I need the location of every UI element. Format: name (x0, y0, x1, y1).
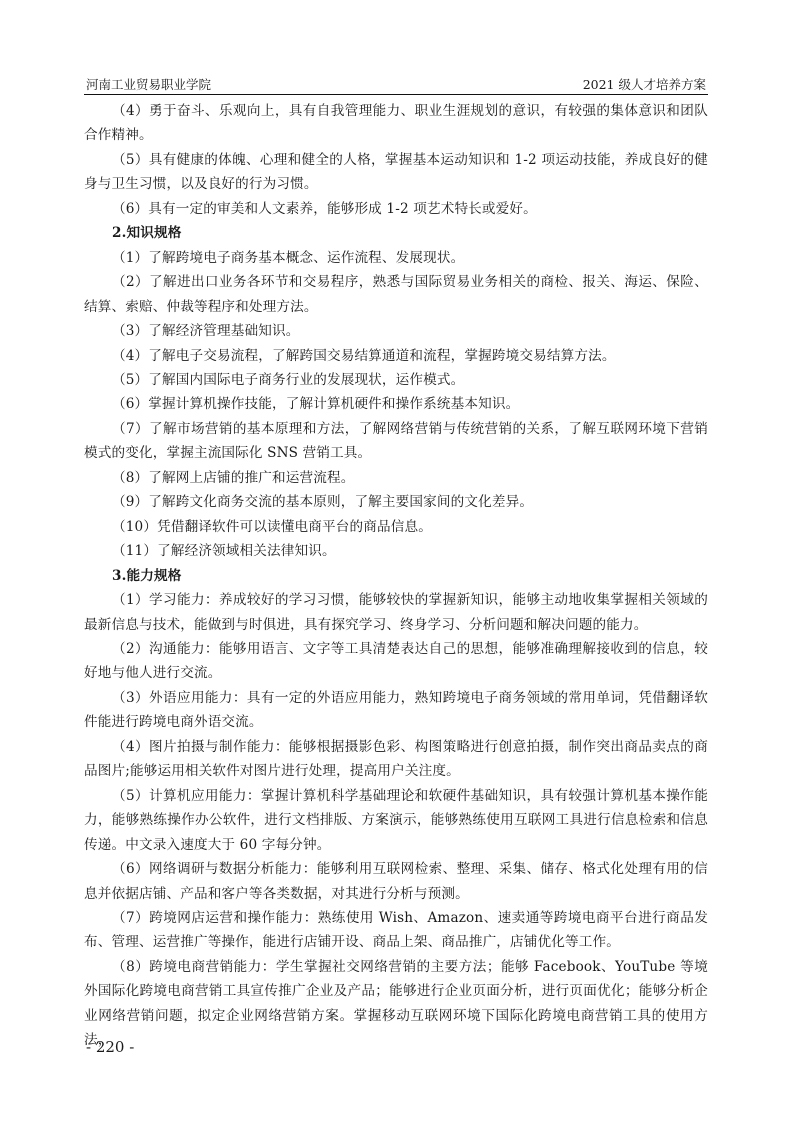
knowledge-item: （11）了解经济领域相关法律知识。 (84, 539, 708, 563)
knowledge-item: （3）了解经济管理基础知识。 (84, 319, 708, 343)
section-heading-knowledge: 2.知识规格 (84, 221, 708, 245)
ability-item: （8）跨境电商营销能力：学生掌握社交网络营销的主要方法；能够 Facebook、… (84, 955, 708, 1053)
knowledge-item: （10）凭借翻译软件可以读懂电商平台的商品信息。 (84, 515, 708, 539)
page-number: - 220 - (86, 1038, 134, 1056)
knowledge-item: （4）了解电子交易流程，了解跨国交易结算通道和流程，掌握跨境交易结算方法。 (84, 344, 708, 368)
knowledge-item: （9）了解跨文化商务交流的基本原则，了解主要国家间的文化差异。 (84, 490, 708, 514)
ability-item: （2）沟通能力：能够用语言、文字等工具清楚表达自己的思想，能够准确理解接收到的信… (84, 637, 708, 686)
page-header: 河南工业贸易职业学院 2021 级人才培养方案 (84, 74, 708, 95)
knowledge-item: （5）了解国内国际电子商务行业的发展现状，运作模式。 (84, 368, 708, 392)
document-body: （4）勇于奋斗、乐观向上，具有自我管理能力、职业生涯规划的意识，有较强的集体意识… (84, 99, 708, 1053)
ability-item: （3）外语应用能力：具有一定的外语应用能力，熟知跨境电子商务领域的常用单词，凭借… (84, 686, 708, 735)
ability-item: （1）学习能力：养成较好的学习习惯，能够较快的掌握新知识，能够主动地收集掌握相关… (84, 588, 708, 637)
ability-item: （7）跨境网店运营和操作能力：熟练使用 Wish、Amazon、速卖通等跨境电商… (84, 906, 708, 955)
knowledge-item: （1）了解跨境电子商务基本概念、运作流程、发展现状。 (84, 246, 708, 270)
quality-item: （5）具有健康的体魄、心理和健全的人格，掌握基本运动知识和 1-2 项运动技能，… (84, 148, 708, 197)
knowledge-item: （8）了解网上店铺的推广和运营流程。 (84, 466, 708, 490)
section-heading-ability: 3.能力规格 (84, 564, 708, 588)
ability-item: （6）网络调研与数据分析能力：能够利用互联网检索、整理、采集、储存、格式化处理有… (84, 857, 708, 906)
header-institution: 河南工业贸易职业学院 (86, 75, 211, 93)
ability-item: （4）图片拍摄与制作能力：能够根据摄影色彩、构图策略进行创意拍摄，制作突出商品卖… (84, 735, 708, 784)
header-document-title: 2021 级人才培养方案 (583, 75, 706, 93)
ability-item: （5）计算机应用能力：掌握计算机科学基础理论和软硬件基础知识，具有较强计算机基本… (84, 784, 708, 857)
knowledge-item: （6）掌握计算机操作技能，了解计算机硬件和操作系统基本知识。 (84, 392, 708, 416)
knowledge-item: （7）了解市场营销的基本原理和方法，了解网络营销与传统营销的关系，了解互联网环境… (84, 417, 708, 466)
quality-item: （4）勇于奋斗、乐观向上，具有自我管理能力、职业生涯规划的意识，有较强的集体意识… (84, 99, 708, 148)
quality-item: （6）具有一定的审美和人文素养，能够形成 1-2 项艺术特长或爱好。 (84, 197, 708, 221)
knowledge-item: （2）了解进出口业务各环节和交易程序，熟悉与国际贸易业务相关的商检、报关、海运、… (84, 270, 708, 319)
